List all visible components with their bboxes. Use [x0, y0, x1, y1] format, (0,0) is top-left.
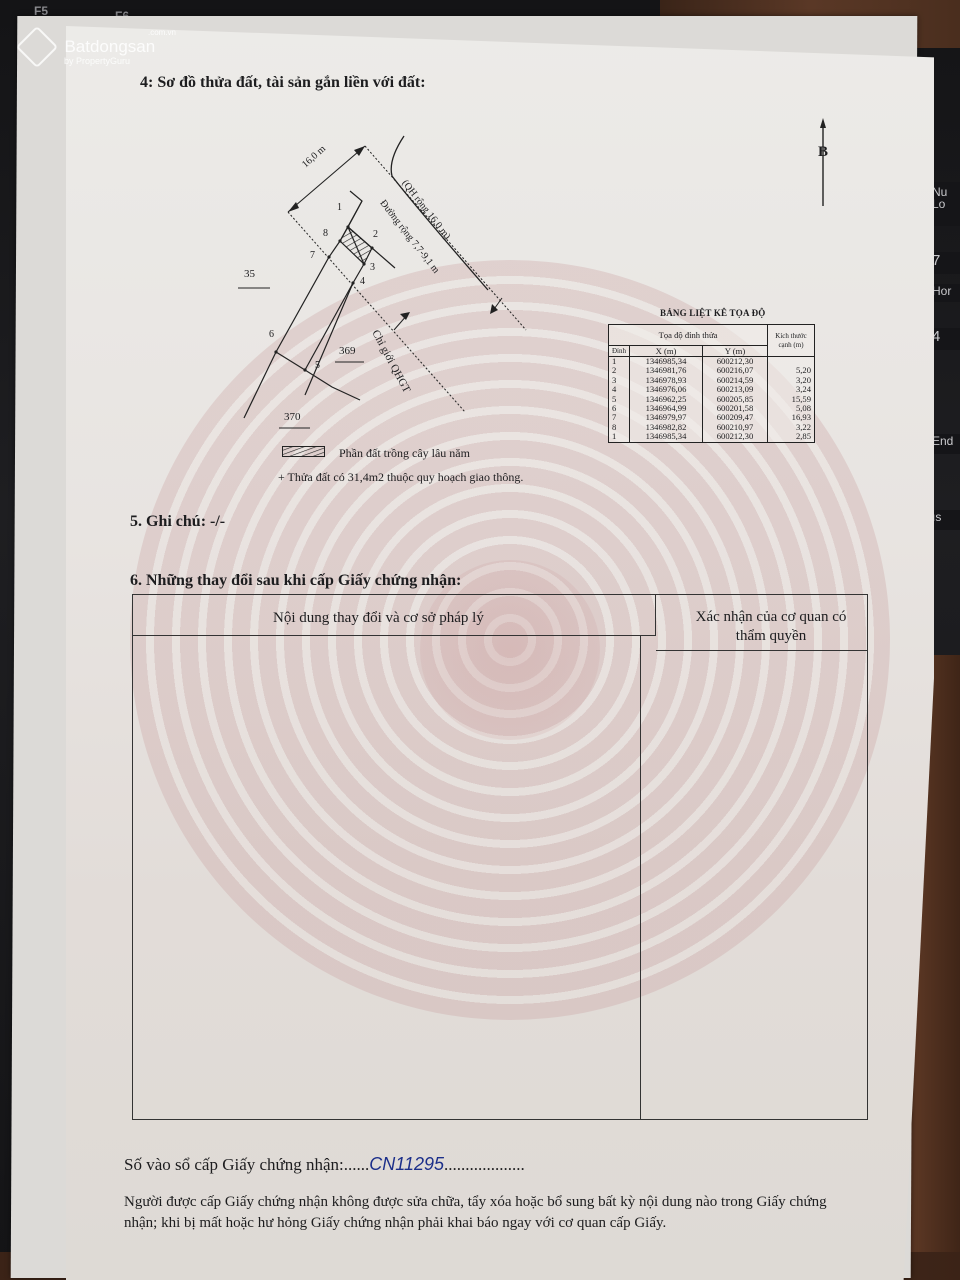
coord-row: 11346985,34600212,30 [609, 357, 815, 367]
vertex-label-2: 2 [373, 229, 378, 240]
coordinate-table: Tọa độ đỉnh thửa Kích thước cạnh (m) Đỉn… [608, 324, 815, 443]
coord-row: 71346979,97600209,4716,93 [609, 413, 815, 422]
changes-confirm-label: Xác nhận của cơ quan có thẩm quyền [686, 608, 856, 646]
coord-col-vertex: Đỉnh [609, 346, 630, 357]
coord-row: 11346985,34600212,302,85 [609, 432, 815, 442]
watermark-brand: Batdongsan [64, 37, 155, 56]
section-4-title: 4: Sơ đồ thửa đất, tài sản gắn liền với … [140, 74, 426, 92]
keyboard-key-end: End [930, 434, 960, 454]
vertex-label-7: 7 [310, 250, 315, 261]
coord-cell-x: 1346985,34 [630, 432, 703, 442]
serial-dots-after: ................... [444, 1155, 525, 1174]
coord-row: 51346962,25600205,8515,59 [609, 395, 815, 404]
coord-col-y: Y (m) [703, 346, 768, 357]
keyboard-key-numlock: Nu Lo [930, 182, 960, 226]
keyboard-key-ins: ıs [930, 510, 960, 530]
batdongsan-watermark: Batdongsan .com.vn by PropertyGuru [22, 32, 155, 62]
changes-table: Nội dung thay đổi và cơ sở pháp lý Xác n… [132, 594, 868, 1120]
legend-hatched-label: Phần đất trồng cây lâu năm [339, 446, 470, 461]
coord-row: 61346964,99600201,585,08 [609, 404, 815, 413]
vertex-label-1: 1 [337, 202, 342, 213]
parcel-35: 35 [244, 268, 255, 280]
parcel-370: 370 [284, 411, 301, 423]
watermark-sub: by PropertyGuru [64, 56, 130, 66]
changes-col-confirm-header: Xác nhận của cơ quan có thẩm quyền [656, 595, 867, 651]
parcel-369: 369 [339, 345, 356, 357]
legal-notice: Người được cấp Giấy chứng nhận không đượ… [124, 1192, 854, 1234]
serial-handwritten-value: CN11295 [369, 1154, 444, 1174]
vertex-label-6: 6 [269, 329, 274, 340]
changes-content-cell [133, 636, 641, 1119]
coord-row: 21346981,76600216,075,20 [609, 366, 815, 375]
vertex-label-3: 3 [370, 262, 375, 273]
section-6-title: 6. Những thay đổi sau khi cấp Giấy chứng… [130, 572, 461, 590]
certificate-serial-line: Số vào sổ cấp Giấy chứng nhận:......CN11… [124, 1154, 525, 1175]
coord-row: 81346982,82600210,973,22 [609, 423, 815, 432]
coord-cell-e: 2,85 [768, 432, 815, 442]
north-arrow-icon [812, 118, 836, 208]
coord-row: 41346976,06600213,093,24 [609, 385, 815, 394]
changes-content-label: Nội dung thay đổi và cơ sở pháp lý [273, 610, 484, 627]
serial-dots-before: ...... [344, 1155, 370, 1174]
coord-col-x: X (m) [630, 346, 703, 357]
planning-note: + Thửa đất có 31,4m2 thuộc quy hoạch gia… [278, 470, 523, 485]
parcel-diagram [220, 100, 540, 440]
section-5-title: 5. Ghi chú: -/- [130, 513, 225, 531]
coord-group-header: Tọa độ đỉnh thửa [609, 325, 768, 346]
serial-label: Số vào sổ cấp Giấy chứng nhận: [124, 1155, 344, 1174]
coord-cell-y: 600212,30 [703, 432, 768, 442]
keyboard-key-7: 7 [930, 252, 960, 274]
coord-row: 31346978,93600214,593,20 [609, 376, 815, 385]
keyboard-key-4: 4 [930, 328, 960, 350]
north-label: B [818, 144, 828, 161]
hatched-legend-icon [282, 446, 326, 458]
keyboard-key-home: Hor [930, 284, 960, 302]
changes-col-content-header: Nội dung thay đổi và cơ sở pháp lý [133, 595, 656, 636]
vertex-label-5: 5 [315, 360, 320, 371]
coord-col-edge: Kích thước cạnh (m) [768, 325, 815, 357]
house-logo-icon [16, 26, 58, 68]
coord-cell-v: 1 [609, 432, 630, 442]
vertex-label-4: 4 [360, 276, 365, 287]
vertex-label-8: 8 [323, 228, 328, 239]
watermark-domain: .com.vn [148, 28, 176, 37]
coord-table-title: BẢNG LIỆT KÊ TỌA ĐỘ [660, 308, 766, 318]
